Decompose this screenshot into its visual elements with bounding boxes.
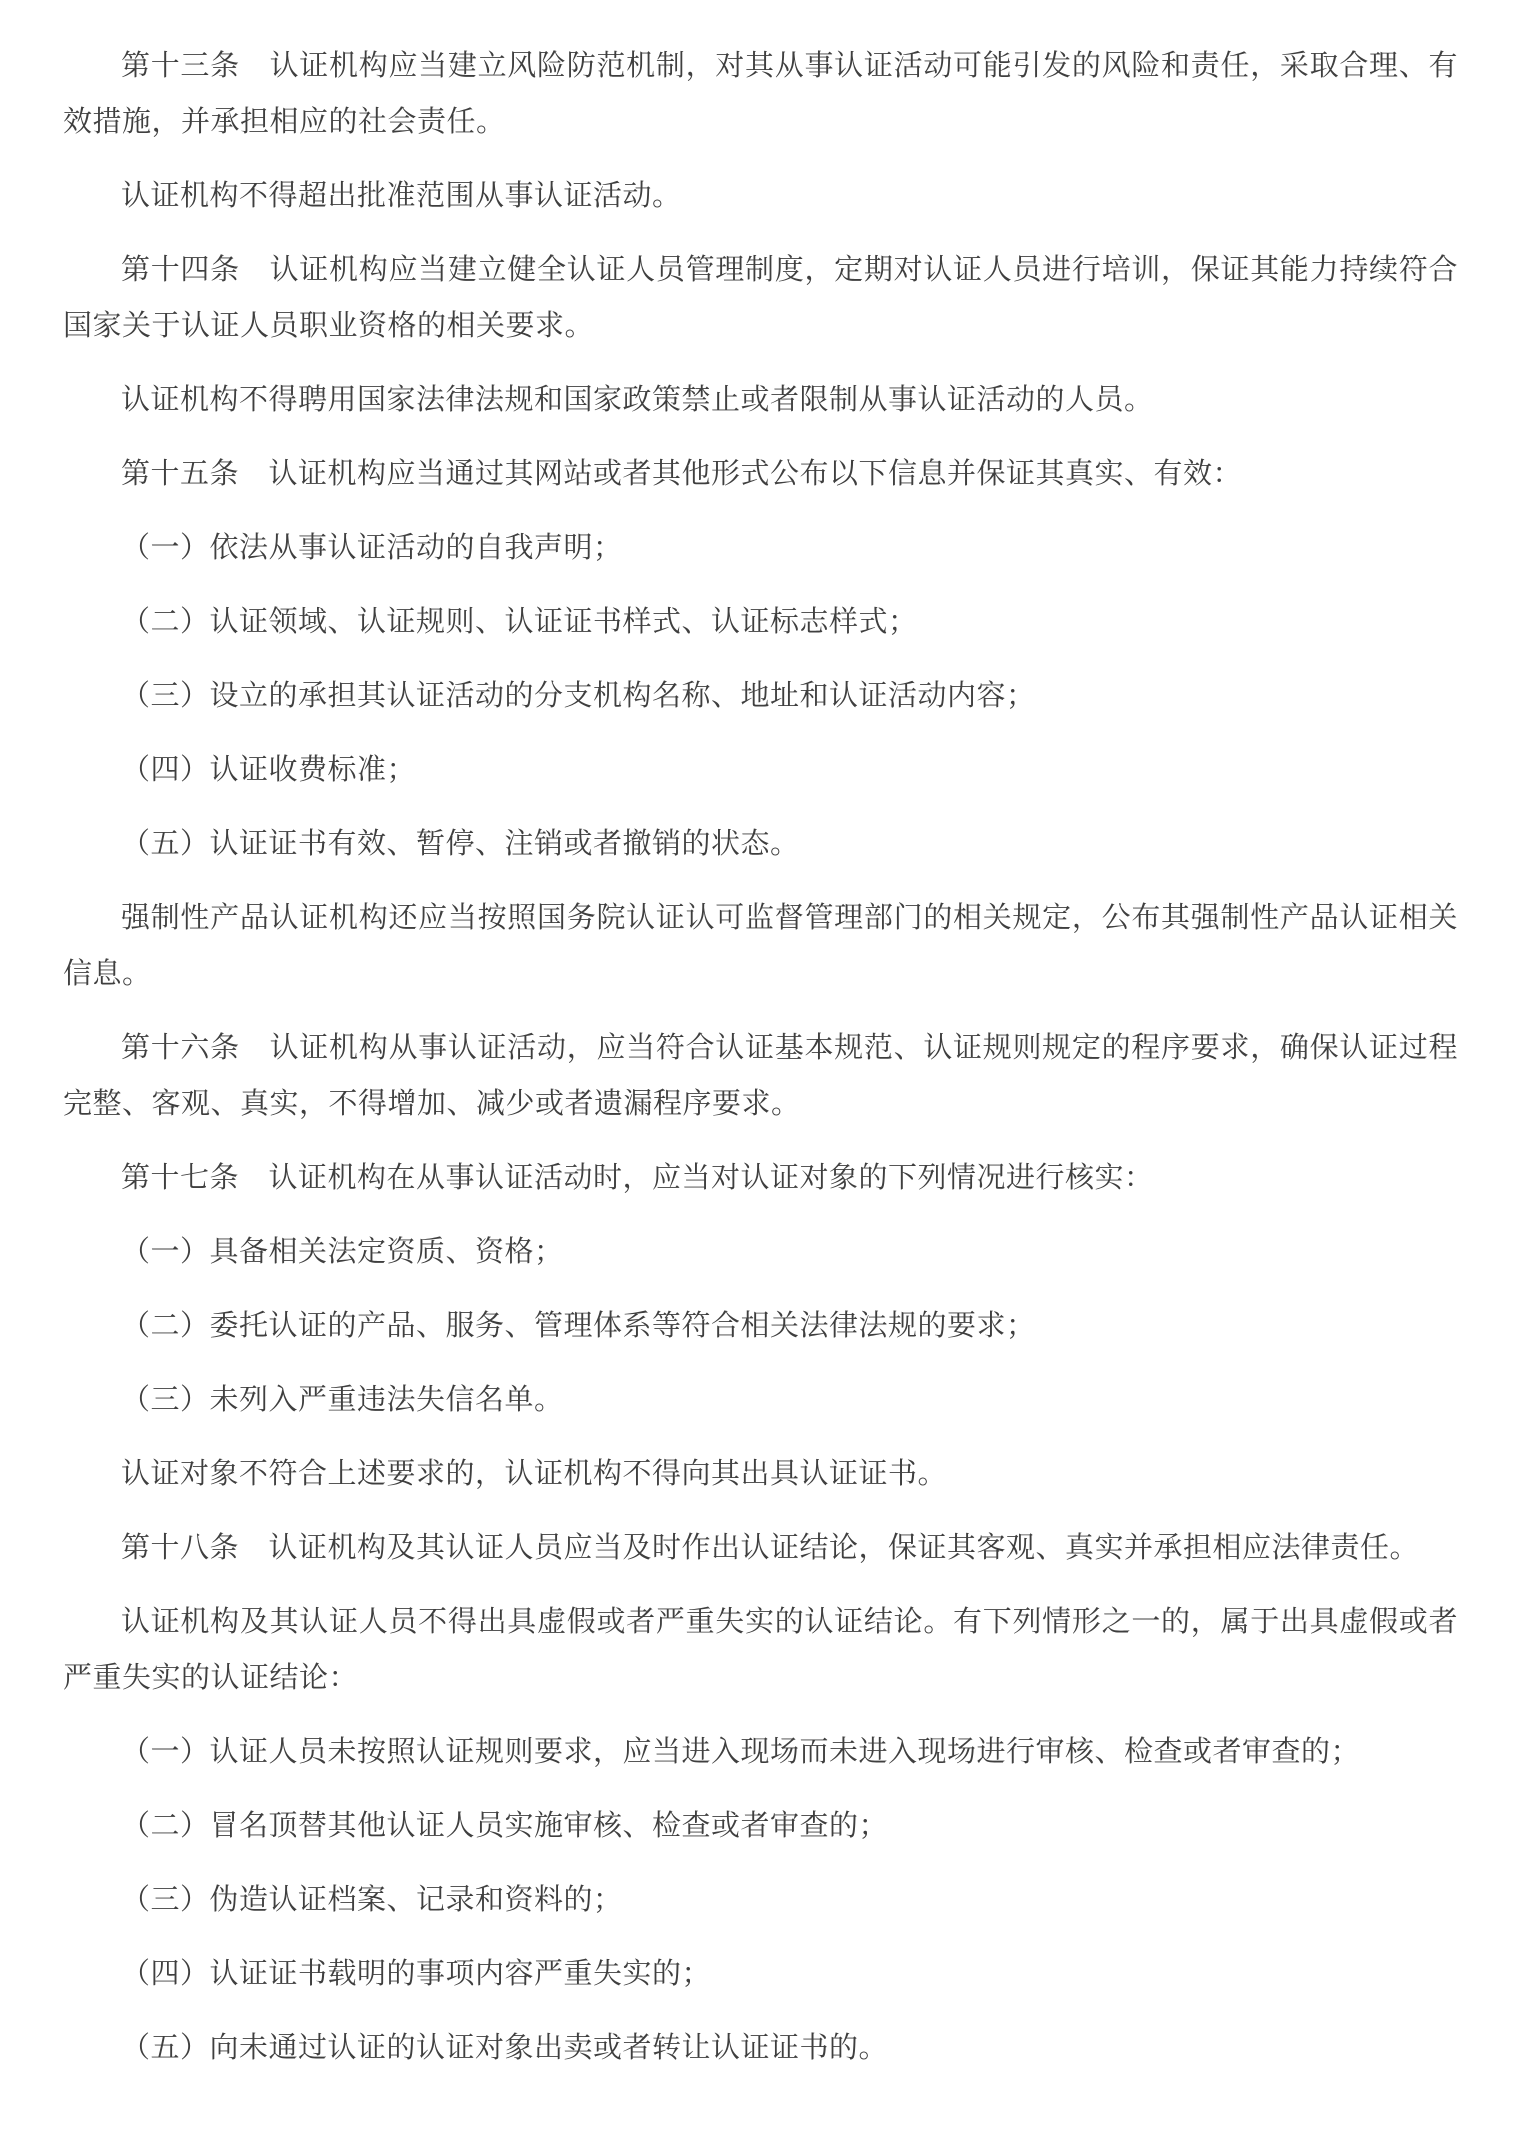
paragraph: （五）向未通过认证的认证对象出卖或者转让认证证书的。 [63,2020,1458,2076]
paragraph: 第十七条 认证机构在从事认证活动时，应当对认证对象的下列情况进行核实： [63,1150,1458,1206]
paragraph: 认证对象不符合上述要求的，认证机构不得向其出具认证证书。 [63,1446,1458,1502]
paragraph: （四）认证收费标准； [63,742,1458,798]
paragraph: （四）认证证书载明的事项内容严重失实的； [63,1946,1458,2002]
paragraph: 认证机构及其认证人员不得出具虚假或者严重失实的认证结论。有下列情形之一的，属于出… [63,1594,1458,1706]
paragraph: （二）委托认证的产品、服务、管理体系等符合相关法律法规的要求； [63,1298,1458,1354]
paragraph: 第十六条 认证机构从事认证活动，应当符合认证基本规范、认证规则规定的程序要求，确… [63,1020,1458,1132]
paragraph: 第十五条 认证机构应当通过其网站或者其他形式公布以下信息并保证其真实、有效： [63,446,1458,502]
document-page: 第十三条 认证机构应当建立风险防范机制，对其从事认证活动可能引发的风险和责任，采… [0,0,1520,2150]
paragraph: （三）未列入严重违法失信名单。 [63,1372,1458,1428]
paragraph: （三）设立的承担其认证活动的分支机构名称、地址和认证活动内容； [63,668,1458,724]
paragraph: （二）认证领域、认证规则、认证证书样式、认证标志样式； [63,594,1458,650]
paragraph: （五）认证证书有效、暂停、注销或者撤销的状态。 [63,816,1458,872]
paragraph: 强制性产品认证机构还应当按照国务院认证认可监督管理部门的相关规定，公布其强制性产… [63,890,1458,1002]
paragraph: （一）依法从事认证活动的自我声明； [63,520,1458,576]
paragraph: 第十四条 认证机构应当建立健全认证人员管理制度，定期对认证人员进行培训，保证其能… [63,242,1458,354]
paragraph: 认证机构不得超出批准范围从事认证活动。 [63,168,1458,224]
paragraph: 第十八条 认证机构及其认证人员应当及时作出认证结论，保证其客观、真实并承担相应法… [63,1520,1458,1576]
paragraph: （一）具备相关法定资质、资格； [63,1224,1458,1280]
paragraph: 第十三条 认证机构应当建立风险防范机制，对其从事认证活动可能引发的风险和责任，采… [63,38,1458,150]
paragraph: （三）伪造认证档案、记录和资料的； [63,1872,1458,1928]
paragraph: （一）认证人员未按照认证规则要求，应当进入现场而未进入现场进行审核、检查或者审查… [63,1724,1458,1780]
paragraph: （二）冒名顶替其他认证人员实施审核、检查或者审查的； [63,1798,1458,1854]
paragraph: 认证机构不得聘用国家法律法规和国家政策禁止或者限制从事认证活动的人员。 [63,372,1458,428]
